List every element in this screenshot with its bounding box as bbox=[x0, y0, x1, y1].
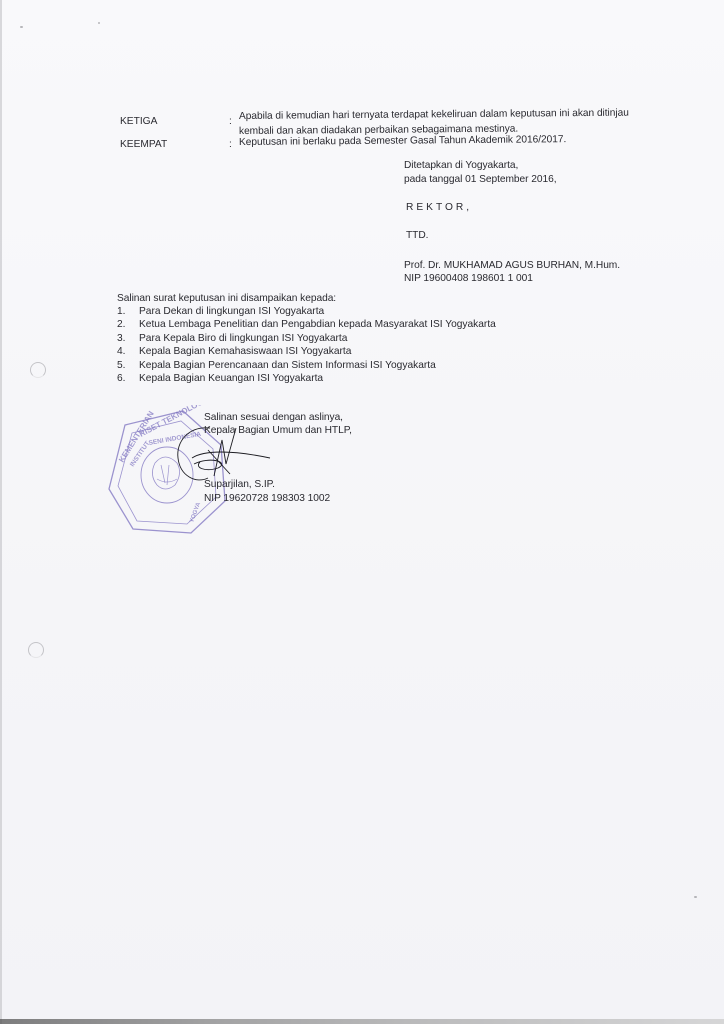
signed-mark: TTD. bbox=[406, 229, 428, 242]
distribution-item: 3.Para Kepala Biro di lingkungan ISI Yog… bbox=[117, 332, 496, 345]
distribution-item-number: 6. bbox=[117, 372, 139, 385]
scan-speck bbox=[694, 896, 697, 898]
clause-text-line: Apabila di kemudian hari ternyata terdap… bbox=[239, 107, 629, 123]
distribution-item-number: 2. bbox=[117, 318, 139, 331]
scan-speck bbox=[98, 22, 100, 24]
distribution-list: 1.Para Dekan di lingkungan ISI Yogyakart… bbox=[117, 305, 496, 385]
distribution-item: 2.Ketua Lembaga Penelitian dan Pengabdia… bbox=[117, 318, 496, 331]
clause-separator: : bbox=[229, 116, 232, 127]
distribution-item: 5.Kepala Bagian Perencanaan dan Sistem I… bbox=[117, 359, 496, 372]
clause-text-line: Keputusan ini berlaku pada Semester Gasa… bbox=[239, 133, 566, 149]
scan-speck bbox=[20, 26, 23, 28]
distribution-item-text: Para Kepala Biro di lingkungan ISI Yogya… bbox=[139, 333, 347, 344]
distribution-item-text: Para Dekan di lingkungan ISI Yogyakarta bbox=[139, 306, 324, 317]
punch-hole-mark bbox=[30, 362, 46, 378]
certified-copy-title: Kepala Bagian Umum dan HTLP, bbox=[204, 424, 352, 437]
distribution-item-number: 1. bbox=[117, 305, 139, 318]
signing-date: pada tanggal 01 September 2016, bbox=[404, 173, 557, 186]
scan-left-edge bbox=[0, 0, 2, 1024]
distribution-item: 6.Kepala Bagian Keuangan ISI Yogyakarta bbox=[117, 372, 496, 385]
signer-name: Prof. Dr. MUKHAMAD AGUS BURHAN, M.Hum. bbox=[404, 259, 620, 272]
scanned-page: KETIGA : Apabila di kemudian hari ternya… bbox=[0, 0, 724, 1024]
scan-bottom-edge bbox=[0, 1019, 724, 1024]
svg-text:YOGYA: YOGYA bbox=[189, 501, 202, 524]
distribution-item-text: Kepala Bagian Kemahasiswaan ISI Yogyakar… bbox=[139, 346, 351, 357]
distribution-heading: Salinan surat keputusan ini disampaikan … bbox=[117, 292, 336, 305]
distribution-item-text: Ketua Lembaga Penelitian dan Pengabdian … bbox=[139, 319, 496, 330]
punch-hole-mark bbox=[28, 642, 44, 658]
distribution-item-number: 4. bbox=[117, 345, 139, 358]
clause-separator: : bbox=[229, 139, 232, 150]
distribution-item-text: Kepala Bagian Perencanaan dan Sistem Inf… bbox=[139, 360, 436, 371]
signer-position: REKTOR, bbox=[406, 201, 472, 214]
distribution-item-text: Kepala Bagian Keuangan ISI Yogyakarta bbox=[139, 373, 323, 384]
clause-label: KEEMPAT bbox=[120, 139, 167, 150]
certifier-nip: NIP 19620728 198303 1002 bbox=[204, 492, 330, 505]
distribution-item: 4.Kepala Bagian Kemahasiswaan ISI Yogyak… bbox=[117, 345, 496, 358]
clause-label: KETIGA bbox=[120, 116, 157, 127]
distribution-item-number: 5. bbox=[117, 359, 139, 372]
certifier-name: Suparjilan, S.IP. bbox=[204, 478, 275, 491]
distribution-item-number: 3. bbox=[117, 332, 139, 345]
signing-place: Ditetapkan di Yogyakarta, bbox=[404, 159, 518, 172]
certified-copy-line: Salinan sesuai dengan aslinya, bbox=[204, 411, 343, 424]
distribution-item: 1.Para Dekan di lingkungan ISI Yogyakart… bbox=[117, 305, 496, 318]
signer-nip: NIP 19600408 198601 1 001 bbox=[404, 272, 533, 285]
